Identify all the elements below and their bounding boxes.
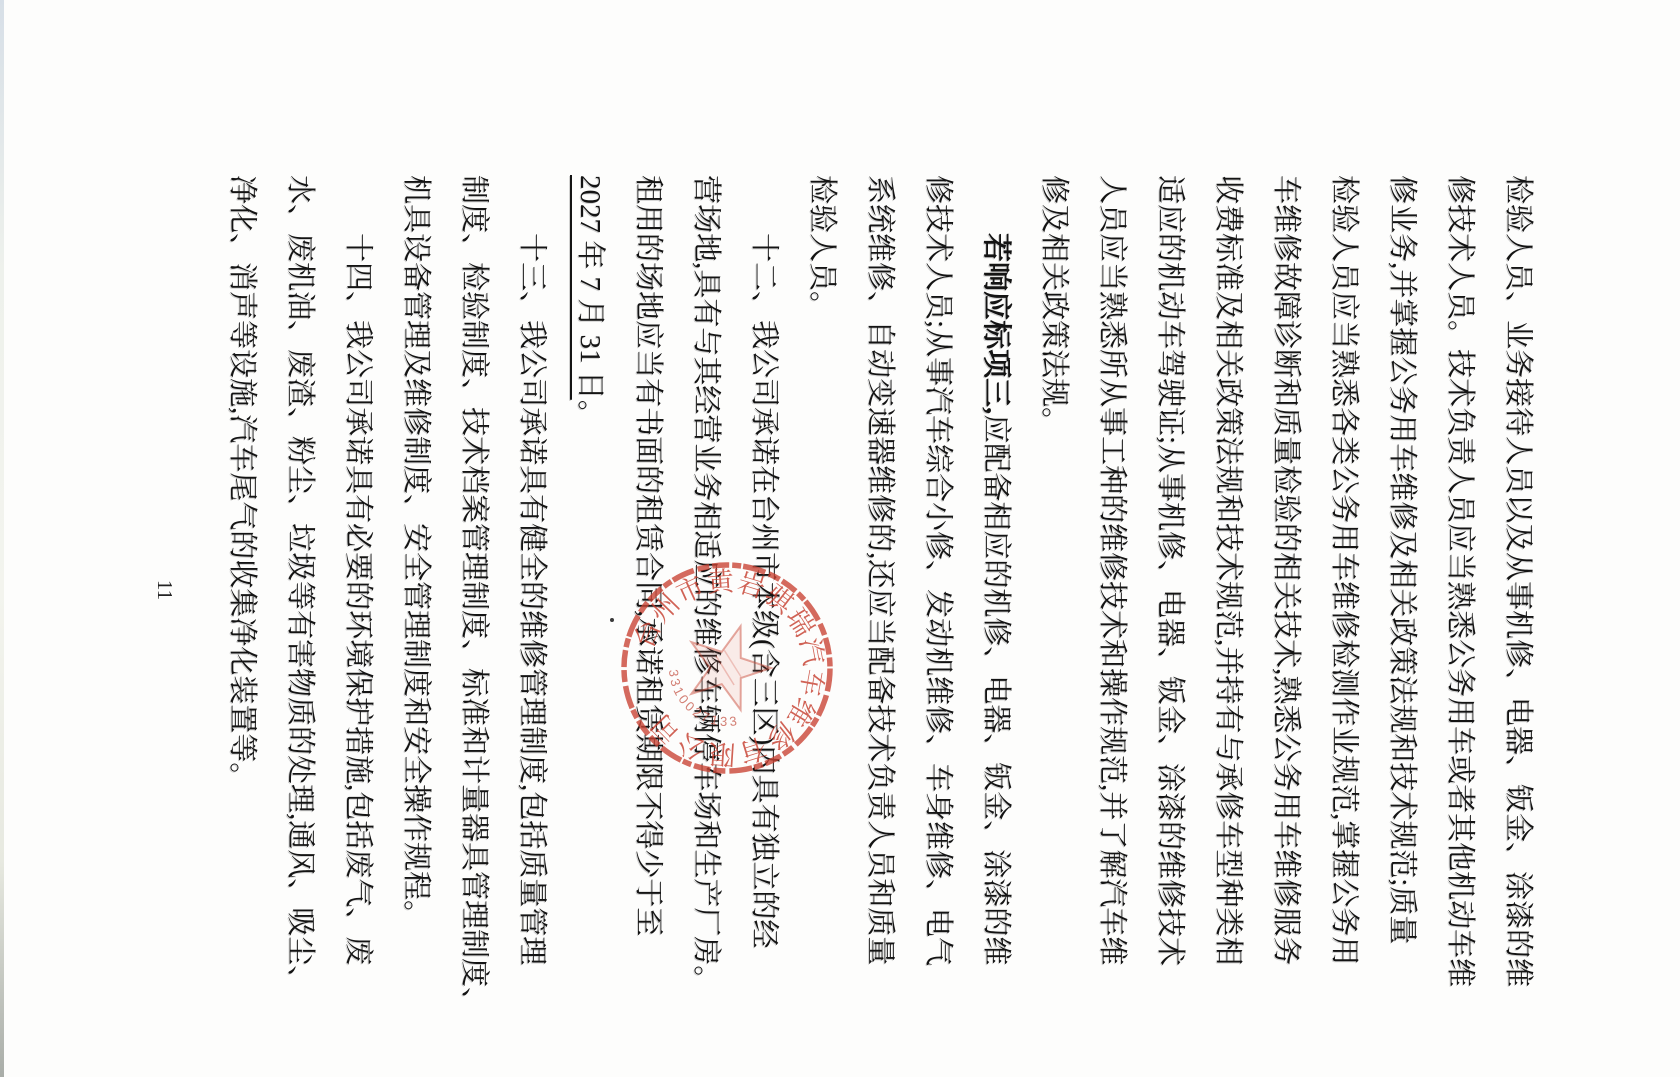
- text-segment: 检验人员、业务接待人员以及从事机修、电器、钣金、涂漆的维: [1502, 175, 1534, 987]
- scan-speck: [610, 618, 614, 622]
- rotated-page: 检验人员、业务接待人员以及从事机修、电器、钣金、涂漆的维修技术人员。技术负责人员…: [0, 0, 1680, 1077]
- text-segment: 检验人员应当熟悉各类公务用车维修检测作业规范,掌握公务用: [1328, 175, 1360, 965]
- text-line: 制度、检验制度、技术档案管理制度、标准和计量器具管理制度、: [445, 175, 503, 995]
- text-segment: 十四、我公司承诺具有必要的环境保护措施,包括废气、废: [342, 233, 374, 965]
- text-segment: 车维修故障诊断和质量检验的相关技术,熟悉公务用车维修服务: [1270, 175, 1302, 965]
- text-segment: 净化、消声等设施,汽车尾气的收集净化装置等。: [226, 175, 258, 791]
- text-line: 系统维修、自动变速器维修的,还应当配备技术负责人员和质量: [851, 175, 909, 995]
- text-line: 修技术人员。技术负责人员应当熟悉公务用车或者其他机动车维: [1431, 175, 1489, 995]
- scanned-document-page: 检验人员、业务接待人员以及从事机修、电器、钣金、涂漆的维修技术人员。技术负责人员…: [0, 0, 1680, 1077]
- text-segment: 修及相关政策法规。: [1038, 175, 1070, 436]
- text-segment: 修技术人员;从事汽车综合小修、发动机维修、车身维修、电气: [922, 175, 954, 966]
- text-line: 机具设备管理及维修制度、安全管理制度和安全操作规程。: [387, 175, 445, 995]
- text-line: 修及相关政策法规。: [1025, 175, 1083, 995]
- text-segment: 修业务,并掌握公务用车维修及相关政策法规和技术规范;质量: [1386, 175, 1418, 944]
- text-segment: 收费标准及相关政策法规和技术规范,并持有与承修车型种类相: [1212, 175, 1244, 965]
- text-segment: 十三、我公司承诺具有健全的维修管理制度,包括质量管理: [516, 233, 548, 965]
- text-line: 检验人员应当熟悉各类公务用车维修检测作业规范,掌握公务用: [1315, 175, 1373, 995]
- text-line: 修业务,并掌握公务用车维修及相关政策法规和技术规范;质量: [1373, 175, 1431, 995]
- text-line: 2027 年 7 月 31 日。: [561, 175, 619, 995]
- text-block: 检验人员、业务接待人员以及从事机修、电器、钣金、涂漆的维修技术人员。技术负责人员…: [213, 175, 1547, 995]
- text-segment: 适应的机动车驾驶证;从事机修、电器、钣金、涂漆的维修技术: [1154, 175, 1186, 966]
- text-segment: 系统维修、自动变速器维修的,还应当配备技术负责人员和质量: [864, 175, 896, 965]
- page-number: 11: [152, 560, 177, 620]
- text-line: 检验人员、业务接待人员以及从事机修、电器、钣金、涂漆的维: [1489, 175, 1547, 995]
- text-segment: 修技术人员。技术负责人员应当熟悉公务用车或者其他机动车维: [1444, 175, 1476, 987]
- text-segment: 机具设备管理及维修制度、安全管理制度和安全操作规程。: [400, 175, 432, 929]
- text-segment: 若响应标项三,: [980, 233, 1012, 414]
- text-line: 适应的机动车驾驶证;从事机修、电器、钣金、涂漆的维修技术: [1141, 175, 1199, 995]
- text-segment: 。: [574, 400, 606, 429]
- text-line: 十四、我公司承诺具有必要的环境保护措施,包括废气、废: [329, 175, 387, 995]
- text-line: 车维修故障诊断和质量检验的相关技术,熟悉公务用车维修服务: [1257, 175, 1315, 995]
- text-line: 水、废机油、废渣、粉尘、垃圾等有害物质的处理,通风、吸尘、: [271, 175, 329, 995]
- text-segment: 应配备相应的机修、电器、钣金、涂漆的维: [980, 414, 1012, 965]
- text-line: 若响应标项三,应配备相应的机修、电器、钣金、涂漆的维: [967, 175, 1025, 995]
- text-segment: 2027 年 7 月 31 日: [574, 175, 606, 400]
- text-line: 十三、我公司承诺具有健全的维修管理制度,包括质量管理: [503, 175, 561, 995]
- text-line: 净化、消声等设施,汽车尾气的收集净化装置等。: [213, 175, 271, 995]
- text-line: 人员应当熟悉所从事工种的维修技术和操作规范,并了解汽车维: [1083, 175, 1141, 995]
- text-segment: 水、废机油、废渣、粉尘、垃圾等有害物质的处理,通风、吸尘、: [284, 175, 316, 994]
- text-segment: 人员应当熟悉所从事工种的维修技术和操作规范,并了解汽车维: [1096, 175, 1128, 965]
- text-segment: 制度、检验制度、技术档案管理制度、标准和计量器具管理制度、: [458, 175, 490, 1016]
- text-segment: 检验人员。: [806, 175, 838, 320]
- text-line: 修技术人员;从事汽车综合小修、发动机维修、车身维修、电气: [909, 175, 967, 995]
- text-line: 收费标准及相关政策法规和技术规范,并持有与承修车型种类相: [1199, 175, 1257, 995]
